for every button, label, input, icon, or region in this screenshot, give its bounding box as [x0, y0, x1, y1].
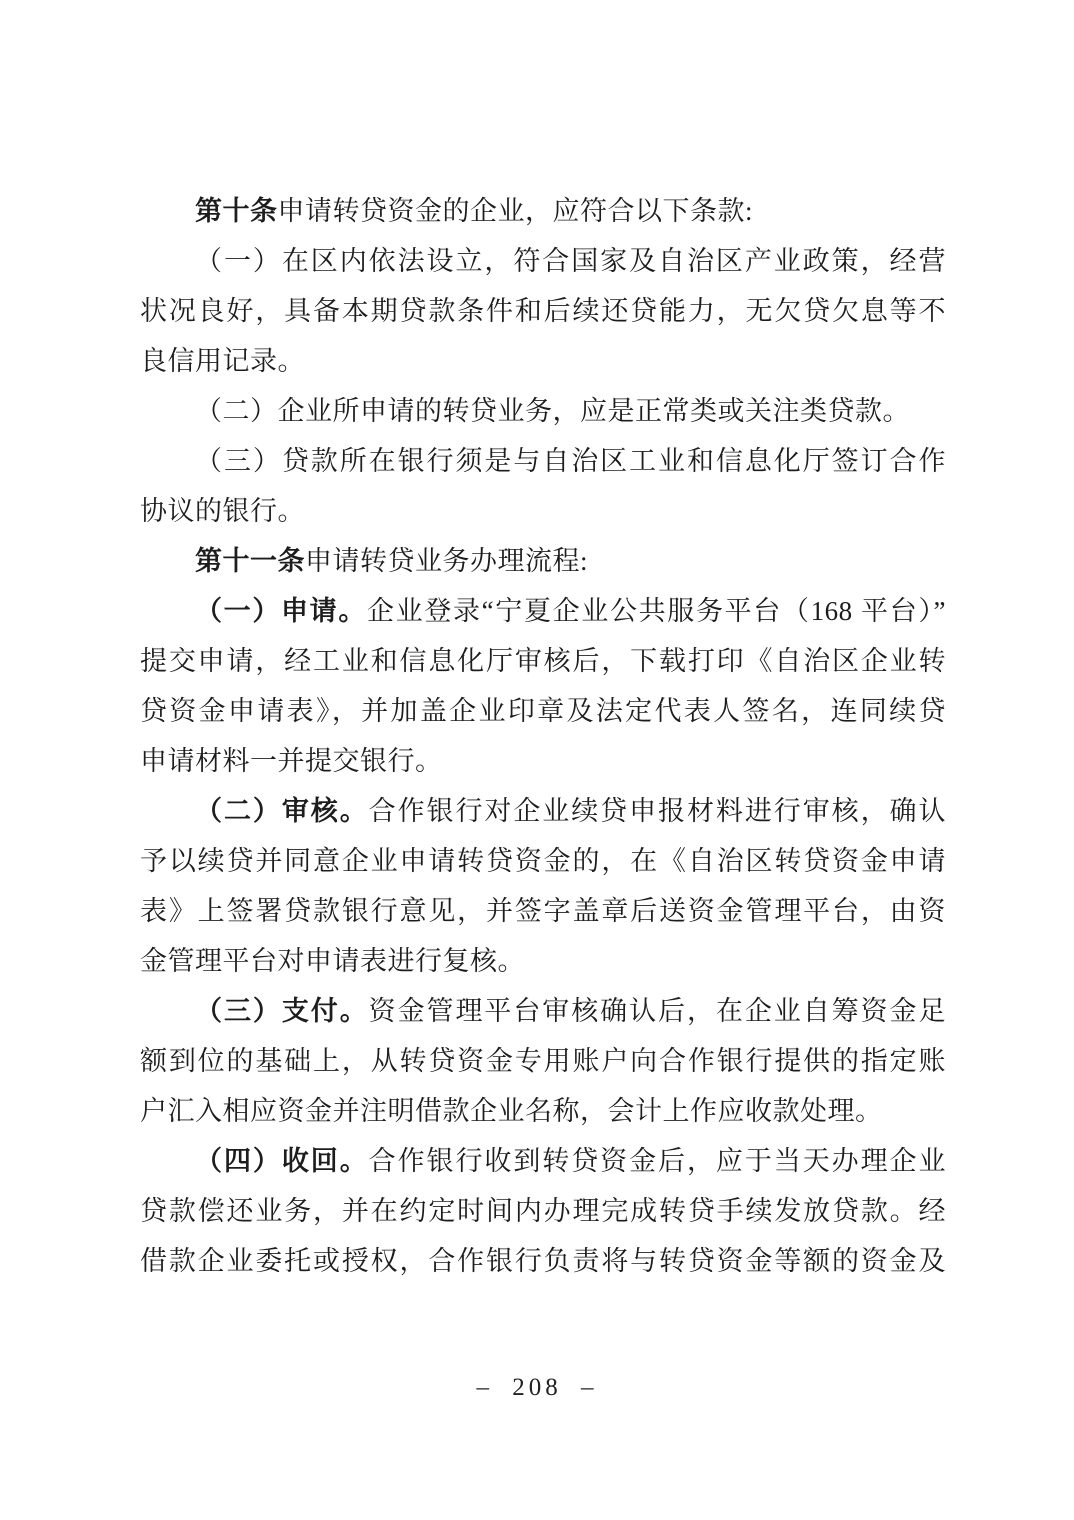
- article-11-step-3-payment-line-1: （三）支付。资金管理平台审核确认后，在企业自筹资金足: [140, 986, 946, 1036]
- text-run: （一）在区内依法设立，符合国家及自治区产业政策，经营: [195, 246, 946, 276]
- article-11-step-4-recovery-line-1: （四）收回。合作银行收到转贷资金后，应于当天办理企业: [140, 1136, 946, 1186]
- text-run: 协议的银行。: [140, 496, 305, 526]
- article-10-item-1-line-3: 良信用记录。: [140, 336, 946, 386]
- text-run: 借款企业委托或授权，合作银行负责将与转贷资金等额的资金及: [140, 1246, 946, 1276]
- page-number: – 208 –: [0, 1368, 1074, 1408]
- text-run: 状况良好，具备本期贷款条件和后续还贷能力，无欠贷欠息等不: [140, 296, 946, 326]
- text-run: （二）企业所申请的转贷业务，应是正常类或关注类贷款。: [195, 396, 910, 426]
- article-11-line-1: 第十一条申请转贷业务办理流程:: [140, 536, 946, 586]
- text-run: 予以续贷并同意企业申请转贷资金的，在《自治区转贷资金申请: [140, 846, 946, 876]
- text-run: 合作银行对企业续贷申报材料进行审核，确认: [369, 796, 946, 826]
- text-run: 申请转贷资金的企业，应符合以下条款:: [278, 196, 754, 226]
- text-run: 金管理平台对申请表进行复核。: [140, 946, 525, 976]
- article-11-step-1-apply-line-4: 申请材料一并提交银行。: [140, 736, 946, 786]
- article-11-step-1-apply-line-2: 提交申请，经工业和信息化厅审核后，下载打印《自治区企业转: [140, 636, 946, 686]
- text-run: 提交申请，经工业和信息化厅审核后，下载打印《自治区企业转: [140, 646, 946, 676]
- article-11-step-2-review-line-3: 表》上签署贷款银行意见，并签字盖章后送资金管理平台，由资: [140, 886, 946, 936]
- text-run: 户汇入相应资金并注明借款企业名称，会计上作应收款处理。: [140, 1096, 883, 1126]
- text-run: 合作银行收到转贷资金后，应于当天办理企业: [369, 1146, 946, 1176]
- bold-text-run: 第十条: [195, 196, 278, 226]
- text-run: 良信用记录。: [140, 346, 305, 376]
- article-11-step-1-apply-line-1: （一）申请。企业登录“宁夏企业公共服务平台（168 平台）”: [140, 586, 946, 636]
- text-run: （三）贷款所在银行须是与自治区工业和信息化厅签订合作: [195, 446, 946, 476]
- bold-text-run: （四）收回。: [195, 1146, 369, 1176]
- article-11-step-3-payment-line-2: 额到位的基础上，从转贷资金专用账户向合作银行提供的指定账: [140, 1036, 946, 1086]
- document-body: 第十条申请转贷资金的企业，应符合以下条款:（一）在区内依法设立，符合国家及自治区…: [140, 186, 946, 1286]
- text-run: 申请转贷业务办理流程:: [305, 546, 588, 576]
- article-10-item-2-line-1: （二）企业所申请的转贷业务，应是正常类或关注类贷款。: [140, 386, 946, 436]
- text-run: 贷资金申请表》，并加盖企业印章及法定代表人签名，连同续贷: [140, 696, 946, 726]
- bold-text-run: 第十一条: [195, 546, 305, 576]
- article-10-item-1-line-2: 状况良好，具备本期贷款条件和后续还贷能力，无欠贷欠息等不: [140, 286, 946, 336]
- text-run: 额到位的基础上，从转贷资金专用账户向合作银行提供的指定账: [140, 1046, 946, 1076]
- article-11-step-2-review-line-1: （二）审核。合作银行对企业续贷申报材料进行审核，确认: [140, 786, 946, 836]
- text-run: 贷款偿还业务，并在约定时间内办理完成转贷手续发放贷款。经: [140, 1196, 946, 1226]
- article-11-step-4-recovery-line-3: 借款企业委托或授权，合作银行负责将与转贷资金等额的资金及: [140, 1236, 946, 1286]
- article-11-step-2-review-line-2: 予以续贷并同意企业申请转贷资金的，在《自治区转贷资金申请: [140, 836, 946, 886]
- article-10-line-1: 第十条申请转贷资金的企业，应符合以下条款:: [140, 186, 946, 236]
- article-11-step-4-recovery-line-2: 贷款偿还业务，并在约定时间内办理完成转贷手续发放贷款。经: [140, 1186, 946, 1236]
- article-10-item-1-line-1: （一）在区内依法设立，符合国家及自治区产业政策，经营: [140, 236, 946, 286]
- article-11-step-2-review-line-4: 金管理平台对申请表进行复核。: [140, 936, 946, 986]
- article-10-item-3-line-2: 协议的银行。: [140, 486, 946, 536]
- document-page: 第十条申请转贷资金的企业，应符合以下条款:（一）在区内依法设立，符合国家及自治区…: [0, 0, 1074, 1520]
- text-run: 资金管理平台审核确认后，在企业自筹资金足: [369, 996, 946, 1026]
- text-run: 申请材料一并提交银行。: [140, 746, 443, 776]
- article-11-step-1-apply-line-3: 贷资金申请表》，并加盖企业印章及法定代表人签名，连同续贷: [140, 686, 946, 736]
- text-run: 表》上签署贷款银行意见，并签字盖章后送资金管理平台，由资: [140, 896, 946, 926]
- text-run: 企业登录“宁夏企业公共服务平台（168 平台）”: [367, 596, 946, 626]
- bold-text-run: （三）支付。: [195, 996, 369, 1026]
- bold-text-run: （二）审核。: [195, 796, 369, 826]
- bold-text-run: （一）申请。: [195, 596, 367, 626]
- article-11-step-3-payment-line-3: 户汇入相应资金并注明借款企业名称，会计上作应收款处理。: [140, 1086, 946, 1136]
- article-10-item-3-line-1: （三）贷款所在银行须是与自治区工业和信息化厅签订合作: [140, 436, 946, 486]
